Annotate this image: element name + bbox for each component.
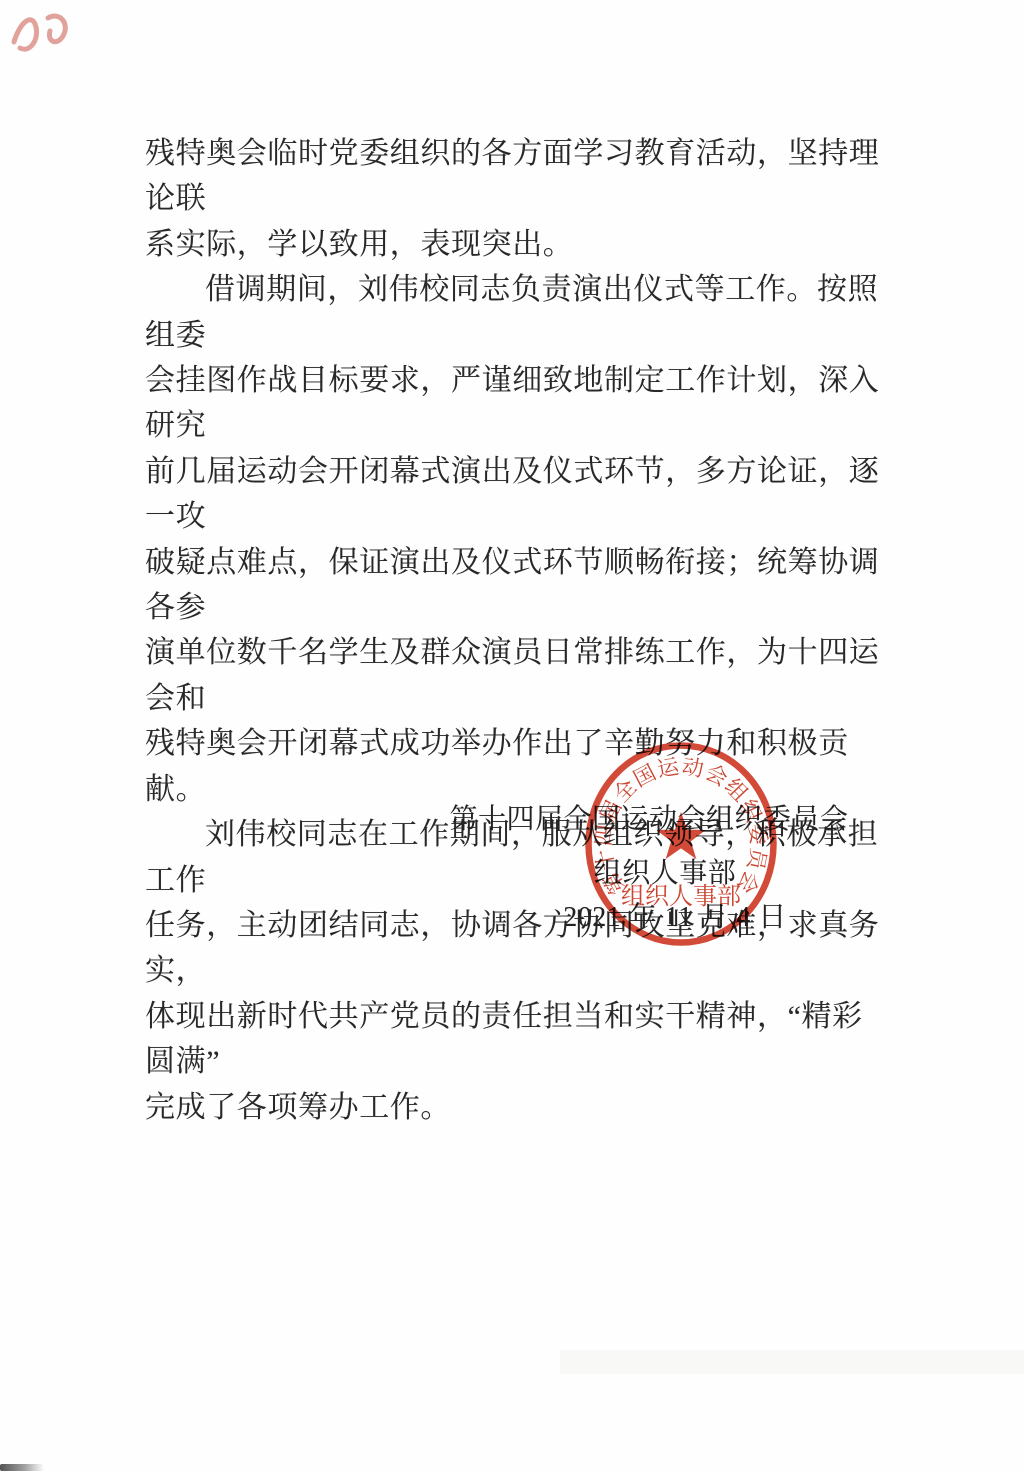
paragraph-1: 残特奥会临时党委组织的各方面学习教育活动，坚持理论联 系实际，学以致用，表现突出… — [145, 131, 887, 267]
letter-body: 残特奥会临时党委组织的各方面学习教育活动，坚持理论联 系实际，学以致用，表现突出… — [145, 131, 887, 1130]
official-seal: 第十四届全国运动会组织委员会 组织人事部 — [581, 739, 781, 949]
scan-shading-band — [560, 1350, 1024, 1374]
ink-scribble-mark — [2, 2, 86, 70]
seal-banner-text: 组织人事部 — [621, 883, 741, 910]
scan-smudge-mark — [0, 1464, 44, 1471]
paragraph-2: 借调期间，刘伟校同志负责演出仪式等工作。按照组委 会挂图作战目标要求，严谨细致地… — [145, 267, 887, 812]
seal-star-icon — [656, 812, 705, 859]
scanned-letter-page: 残特奥会临时党委组织的各方面学习教育活动，坚持理论联 系实际，学以致用，表现突出… — [0, 0, 1024, 1471]
